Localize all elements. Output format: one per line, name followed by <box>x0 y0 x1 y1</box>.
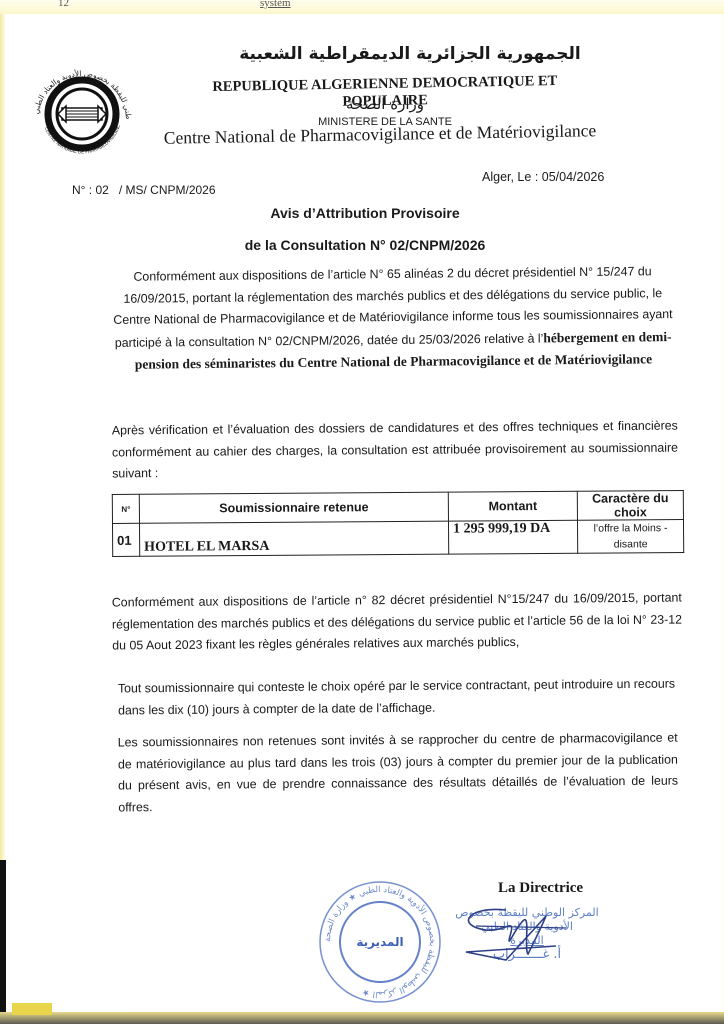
choice-reason: l’offre la Moins - disante <box>577 520 683 554</box>
arabic-republic-heading: الجمهورية الجزائرية الديمقراطية الشعبية <box>230 44 590 64</box>
paragraph-legal-basis: Conformément aux dispositions de l’artic… <box>112 588 683 657</box>
row-number: 01 <box>112 523 139 556</box>
official-stamp-icon: المركز الوطني لليقظة بخصوص الأدوية والعت… <box>316 878 444 1006</box>
col-number: N° <box>112 494 139 523</box>
handwritten-signature-icon <box>446 896 596 976</box>
paragraph-evaluation: Après vérification et l’évaluation des d… <box>112 416 679 485</box>
bleed-text: 12 <box>58 0 69 9</box>
award-table: N° Soumissionnaire retenue Montant Carac… <box>112 490 684 557</box>
choice-line: disante <box>582 536 679 553</box>
col-bidder: Soumissionnaire retenue <box>139 492 448 523</box>
paragraph-intro: Conformément aux dispositions de l’artic… <box>107 261 678 376</box>
table-header-row: N° Soumissionnaire retenue Montant Carac… <box>112 491 683 524</box>
place-date: Alger, Le : 05/04/2026 <box>482 170 604 184</box>
bleed-text: systèm <box>260 0 291 9</box>
col-amount: Montant <box>448 491 577 521</box>
scan-edge-bottom <box>0 1012 724 1024</box>
cnpm-logo-icon: المركز الوطني لليقظة بخصوص الأدوية والعت… <box>26 60 138 168</box>
col-choice: Caractère du choix <box>577 491 683 521</box>
table-row: 01 HOTEL EL MARSA 1 295 999,19 DA l’offr… <box>112 520 683 557</box>
paragraph-appeal: Tout soumissionnaire qui conteste le cho… <box>118 674 678 722</box>
consultation-title: de la Consultation N° 02/CNPM/2026 <box>190 237 540 253</box>
ref-number: N° : 02 <box>72 183 109 197</box>
previous-page-bleed: 12 systèm <box>0 0 724 14</box>
signatory-role: La Directrice <box>498 880 583 897</box>
choice-line: l’offre la Moins - <box>582 520 679 537</box>
arabic-ministry-heading: وزارة الصحة <box>300 95 470 113</box>
svg-text:المديرية: المديرية <box>356 935 403 949</box>
notice-title: Avis d’Attribution Provisoire <box>190 205 540 221</box>
bidder-name: HOTEL EL MARSA <box>139 521 448 556</box>
scan-shadow <box>0 860 6 1024</box>
paragraph-non-selected: Les soumissionnaires non retenues sont i… <box>118 728 679 819</box>
ref-suffix: / MS/ CNPM/2026 <box>119 183 216 197</box>
reference-number: N° : 02/ MS/ CNPM/2026 <box>72 183 216 197</box>
bid-amount: 1 295 999,19 DA <box>448 520 577 554</box>
scan-artifact <box>12 1003 52 1015</box>
